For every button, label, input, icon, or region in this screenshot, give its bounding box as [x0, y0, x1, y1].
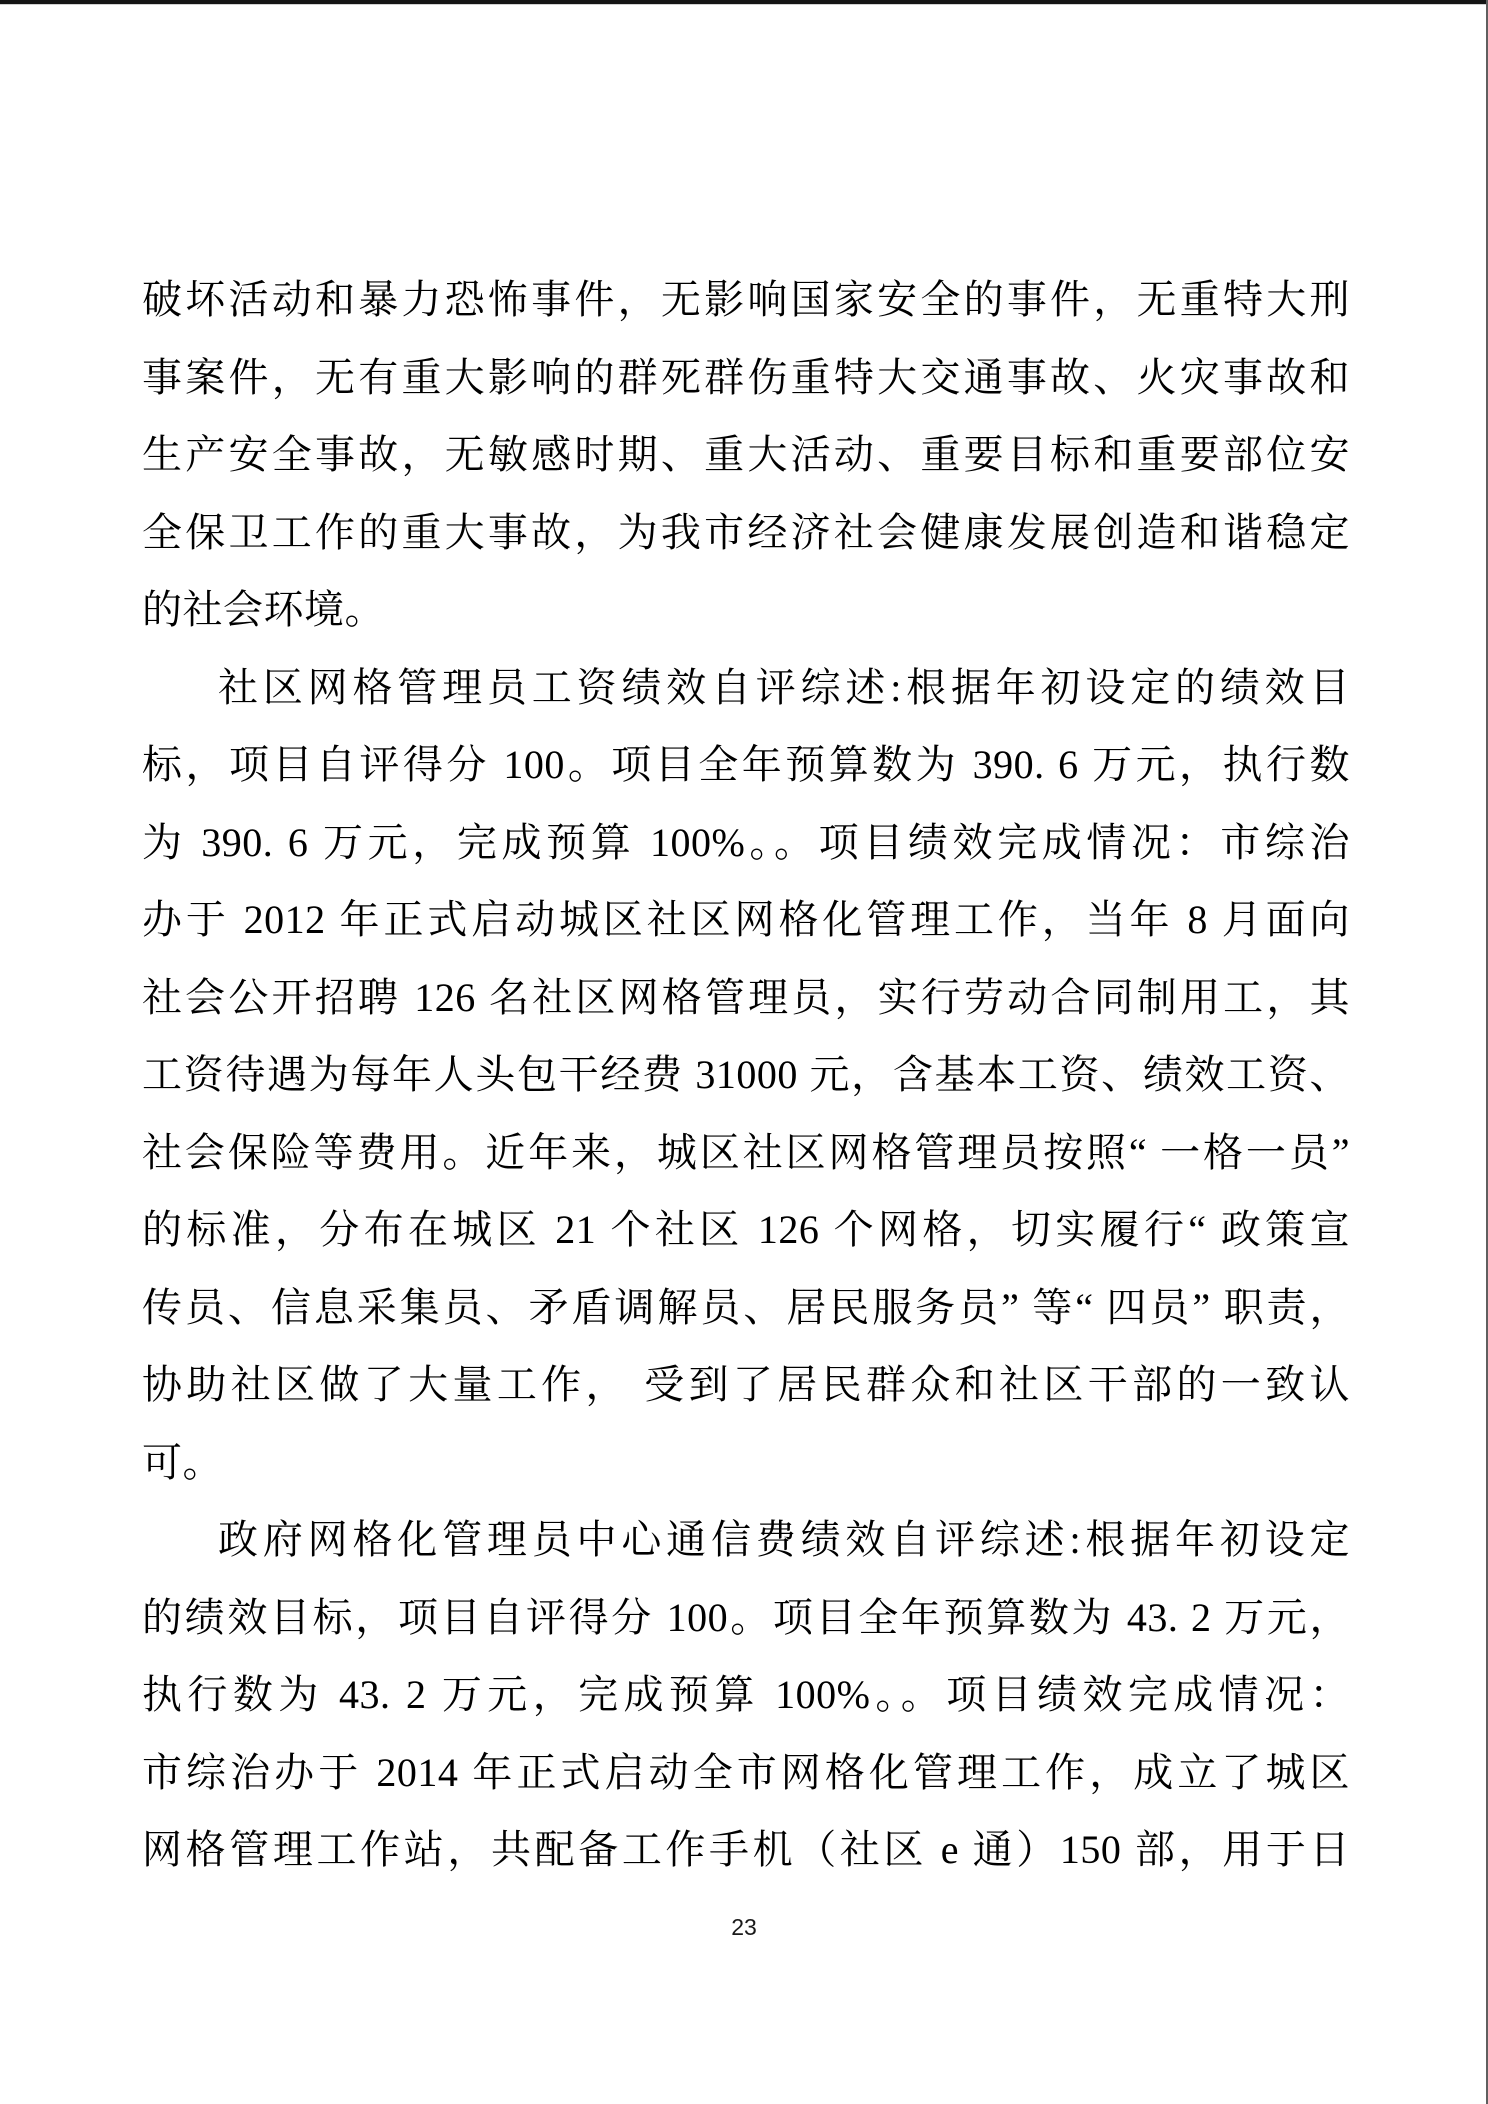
- text-line: 生产安全事故，无敏感时期、重大活动、重要目标和重要部位安: [142, 416, 1350, 494]
- text-line: 政府网格化管理员中心通信费绩效自评综述:根据年初设定: [142, 1501, 1350, 1579]
- text-line: 全保卫工作的重大事故，为我市经济社会健康发展创造和谐稳定: [142, 494, 1350, 572]
- page-number: 23: [0, 1912, 1488, 1942]
- window-top-border: [0, 0, 1488, 5]
- document-page: 破坏活动和暴力恐怖事件，无影响国家安全的事件，无重特大刑 事案件，无有重大影响的…: [142, 261, 1350, 1889]
- text-line: 社会保险等费用。近年来，城区社区网格管理员按照“ 一格一员”: [142, 1114, 1350, 1192]
- text-line: 可。: [142, 1424, 1350, 1502]
- text-line: 事案件，无有重大影响的群死群伤重特大交通事故、火灾事故和: [142, 339, 1350, 417]
- text-line: 办于 2012 年正式启动城区社区网格化管理工作，当年 8 月面向: [142, 881, 1350, 959]
- text-line: 网格管理工作站，共配备工作手机（社区 e 通）150 部，用于日: [142, 1811, 1350, 1889]
- text-line: 的社会环境。: [142, 571, 1350, 649]
- text-line: 标，项目自评得分 100。项目全年预算数为 390. 6 万元，执行数: [142, 726, 1350, 804]
- text-line: 为 390. 6 万元，完成预算 100%。。项目绩效完成情况：市综治: [142, 804, 1350, 882]
- text-line: 市综治办于 2014 年正式启动全市网格化管理工作，成立了城区: [142, 1734, 1350, 1812]
- text-line: 的标准，分布在城区 21 个社区 126 个网格，切实履行“ 政策宣: [142, 1191, 1350, 1269]
- text-line: 传员、信息采集员、矛盾调解员、居民服务员” 等“ 四员” 职责，: [142, 1269, 1350, 1347]
- text-line: 破坏活动和暴力恐怖事件，无影响国家安全的事件，无重特大刑: [142, 261, 1350, 339]
- text-line: 的绩效目标，项目自评得分 100。项目全年预算数为 43. 2 万元，: [142, 1579, 1350, 1657]
- text-line: 执行数为 43. 2 万元，完成预算 100%。。项目绩效完成情况：: [142, 1656, 1350, 1734]
- text-line: 社区网格管理员工资绩效自评综述:根据年初设定的绩效目: [142, 649, 1350, 727]
- text-line: 社会公开招聘 126 名社区网格管理员，实行劳动合同制用工，其: [142, 959, 1350, 1037]
- text-line: 工资待遇为每年人头包干经费 31000 元，含基本工资、绩效工资、: [142, 1036, 1350, 1114]
- text-line: 协助社区做了大量工作， 受到了居民群众和社区干部的一致认: [142, 1346, 1350, 1424]
